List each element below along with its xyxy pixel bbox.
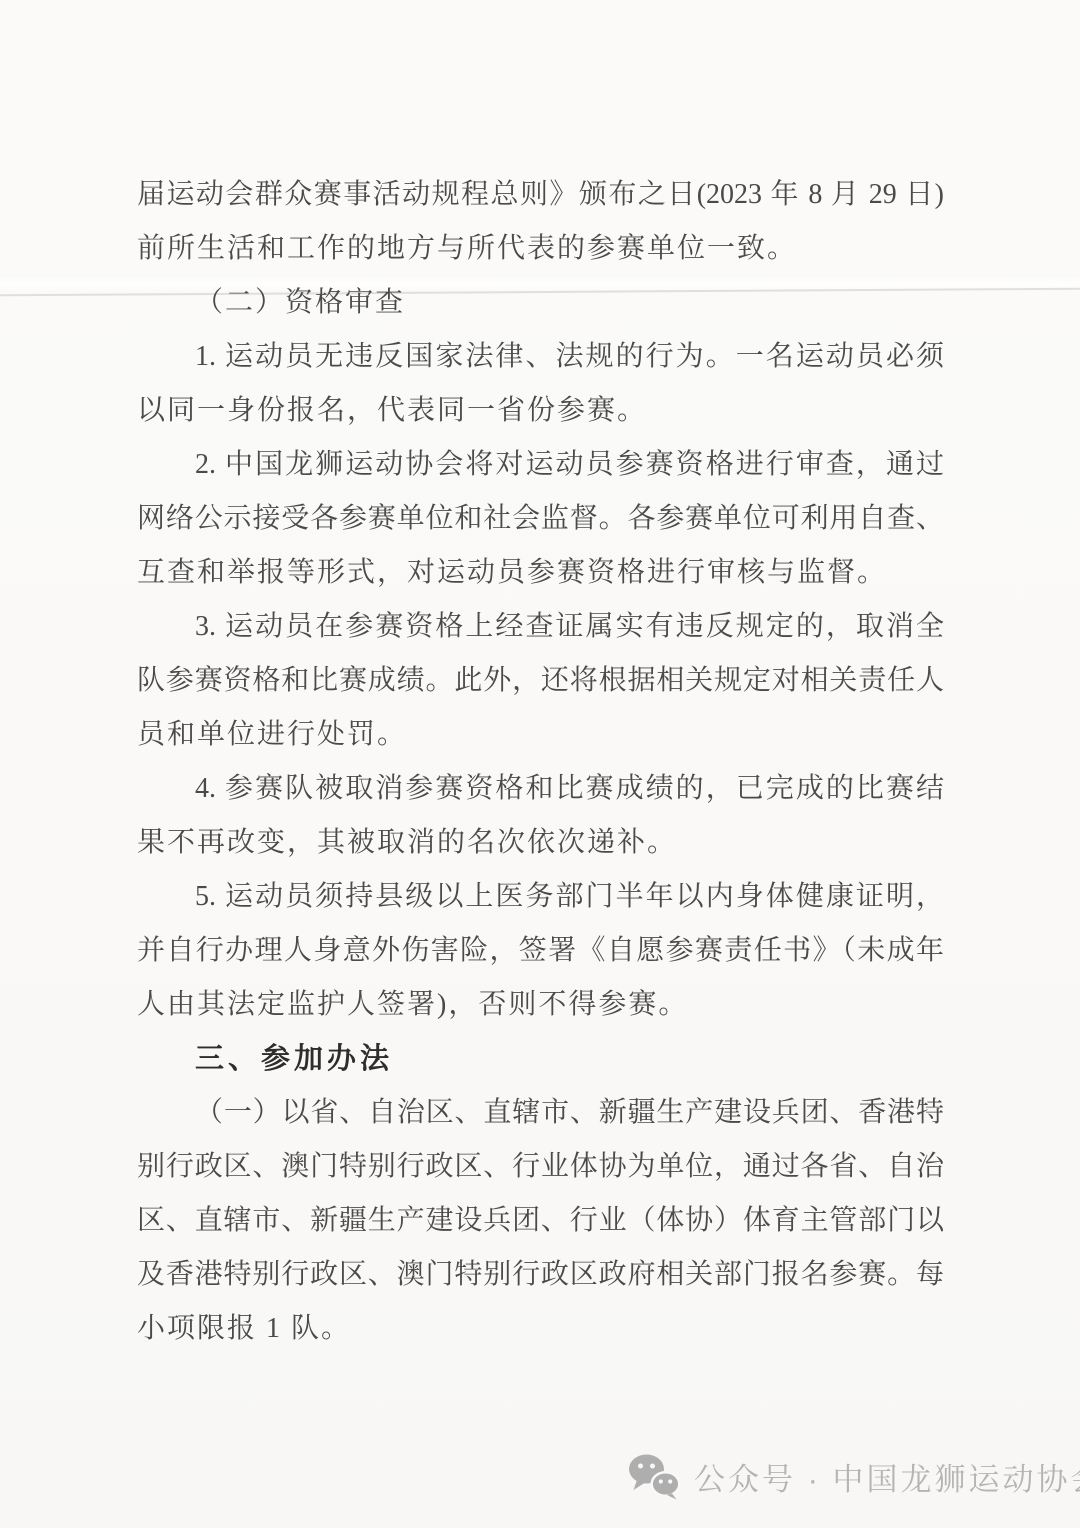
scanned-document-page: 届运动会群众赛事活动规程总则》颁布之日(2023 年 8 月 29 日)前所生活… (0, 0, 1080, 1528)
document-line: 3. 运动员在参赛资格上经查证属实有违反规定的，取消全 (137, 600, 944, 654)
document-line: （二）资格审查 (137, 276, 944, 330)
document-line: 前所生活和工作的地方与所代表的参赛单位一致。 (137, 222, 944, 276)
watermark: 公众号 · 中国龙狮运动协会 (628, 1452, 1080, 1500)
document-line: 互查和举报等形式，对运动员参赛资格进行审核与监督。 (137, 546, 944, 600)
document-line: 别行政区、澳门特别行政区、行业体协为单位，通过各省、自治 (137, 1140, 944, 1194)
document-line: 并自行办理人身意外伤害险，签署《自愿参赛责任书》（未成年 (137, 924, 944, 978)
document-line: （一）以省、自治区、直辖市、新疆生产建设兵团、香港特 (137, 1086, 944, 1140)
document-line: 队参赛资格和比赛成绩。此外，还将根据相关规定对相关责任人 (137, 654, 944, 708)
document-line: 网络公示接受各参赛单位和社会监督。各参赛单位可利用自查、 (137, 492, 944, 546)
document-line: 小项限报 1 队。 (137, 1302, 944, 1356)
document-text-block: 届运动会群众赛事活动规程总则》颁布之日(2023 年 8 月 29 日)前所生活… (137, 168, 944, 1356)
document-line: 区、直辖市、新疆生产建设兵团、行业（体协）体育主管部门以 (137, 1194, 944, 1248)
document-line: 1. 运动员无违反国家法律、法规的行为。一名运动员必须 (137, 330, 944, 384)
document-line: 5. 运动员须持县级以上医务部门半年以内身体健康证明， (137, 870, 944, 924)
watermark-label: 公众号 · 中国龙狮运动协会 (694, 1454, 1080, 1499)
document-line: 人由其法定监护人签署)，否则不得参赛。 (137, 978, 944, 1032)
section-heading: 三、参加办法 (137, 1032, 944, 1086)
document-line: 4. 参赛队被取消参赛资格和比赛成绩的，已完成的比赛结 (137, 762, 944, 816)
document-line: 果不再改变，其被取消的名次依次递补。 (137, 816, 944, 870)
document-line: 届运动会群众赛事活动规程总则》颁布之日(2023 年 8 月 29 日) (137, 168, 944, 222)
document-line: 2. 中国龙狮运动协会将对运动员参赛资格进行审查，通过 (137, 438, 944, 492)
wechat-icon (628, 1452, 680, 1500)
document-line: 以同一身份报名，代表同一省份参赛。 (137, 384, 944, 438)
document-line: 员和单位进行处罚。 (137, 708, 944, 762)
document-line: 及香港特别行政区、澳门特别行政区政府相关部门报名参赛。每 (137, 1248, 944, 1302)
